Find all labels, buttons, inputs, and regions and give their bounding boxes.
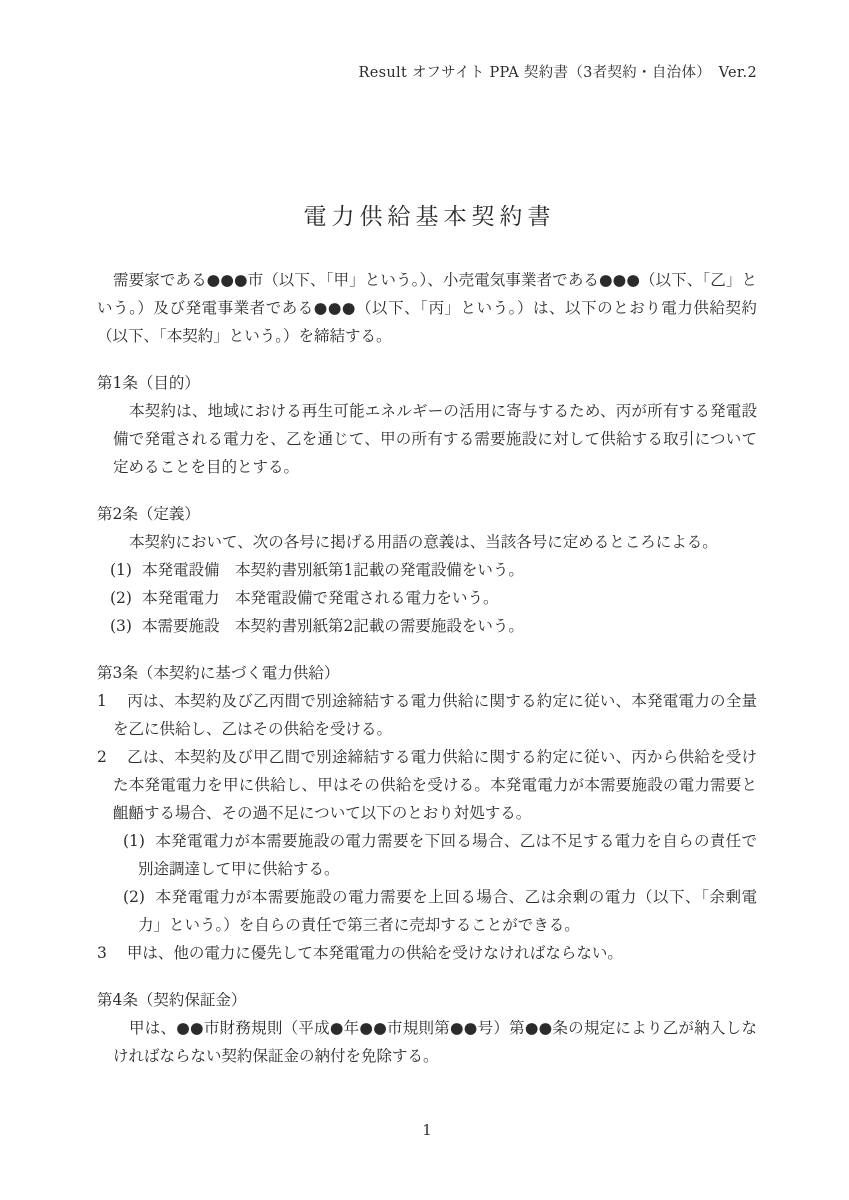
article-2: 第2条（定義） 本契約において、次の各号に掲げる用語の意義は、当該各号に定めると…	[97, 500, 757, 640]
document-title: 電力供給基本契約書	[97, 202, 757, 232]
contract-document-page: Result オフサイト PPA 契約書（3者契約・自治体） Ver.2 電力供…	[0, 0, 849, 1200]
item-text: 本発電電力が本需要施設の電力需要を上回る場合、乙は余剰の電力（以下、「余剰電力」…	[138, 888, 757, 934]
article-3-clause-1: 1丙は、本契約及び乙丙間で別途締結する電力供給に関する約定に従い、本発電電力の全…	[97, 687, 757, 743]
page-number: 1	[97, 1116, 757, 1144]
article-3-heading: 第3条（本契約に基づく電力供給）	[97, 659, 757, 687]
item-number: (2)	[110, 589, 142, 607]
article-2-item-1: (1)本発電設備 本契約書別紙第1記載の発電設備をいう。	[97, 556, 757, 584]
article-4-heading: 第4条（契約保証金）	[97, 986, 757, 1014]
article-3-clause-3: 3甲は、他の電力に優先して本発電電力の供給を受けなければならない。	[97, 939, 757, 967]
item-number: (1)	[110, 561, 142, 579]
article-4-body: 甲は、●●市財務規則（平成●年●●市規則第●●号）第●●条の規定により乙が納入し…	[97, 1014, 757, 1070]
article-3-clause-2: 2乙は、本契約及び甲乙間で別途締結する電力供給に関する約定に従い、丙から供給を受…	[97, 743, 757, 827]
clause-number: 3	[97, 944, 127, 962]
item-number: (3)	[110, 617, 142, 635]
article-2-body: 本契約において、次の各号に掲げる用語の意義は、当該各号に定めるところによる。	[97, 528, 757, 556]
document-header-note: Result オフサイト PPA 契約書（3者契約・自治体） Ver.2	[97, 64, 757, 82]
clause-text: 甲は、他の電力に優先して本発電電力の供給を受けなければならない。	[127, 944, 623, 962]
article-3-clause-2-item-2: (2)本発電電力が本需要施設の電力需要を上回る場合、乙は余剰の電力（以下、「余剰…	[97, 883, 757, 939]
article-3: 第3条（本契約に基づく電力供給） 1丙は、本契約及び乙丙間で別途締結する電力供給…	[97, 659, 757, 967]
item-number: (1)	[123, 832, 155, 850]
article-4: 第4条（契約保証金） 甲は、●●市財務規則（平成●年●●市規則第●●号）第●●条…	[97, 986, 757, 1070]
preamble-paragraph: 需要家である●●●市（以下、「甲」という。）、小売電気事業者である●●●（以下、…	[97, 266, 757, 350]
item-text: 本発電設備 本契約書別紙第1記載の発電設備をいう。	[142, 561, 524, 579]
clause-number: 2	[97, 748, 127, 766]
article-1-body: 本契約は、地域における再生可能エネルギーの活用に寄与するため、丙が所有する発電設…	[97, 397, 757, 481]
item-number: (2)	[123, 888, 155, 906]
clause-text: 丙は、本契約及び乙丙間で別途締結する電力供給に関する約定に従い、本発電電力の全量…	[113, 692, 757, 738]
article-2-heading: 第2条（定義）	[97, 500, 757, 528]
article-1-heading: 第1条（目的）	[97, 369, 757, 397]
article-1: 第1条（目的） 本契約は、地域における再生可能エネルギーの活用に寄与するため、丙…	[97, 369, 757, 481]
article-2-item-3: (3)本需要施設 本契約書別紙第2記載の需要施設をいう。	[97, 612, 757, 640]
article-2-item-2: (2)本発電電力 本発電設備で発電される電力をいう。	[97, 584, 757, 612]
clause-number: 1	[97, 692, 127, 710]
article-3-clause-2-item-1: (1)本発電電力が本需要施設の電力需要を下回る場合、乙は不足する電力を自らの責任…	[97, 827, 757, 883]
item-text: 本発電電力 本発電設備で発電される電力をいう。	[142, 589, 499, 607]
item-text: 本需要施設 本契約書別紙第2記載の需要施設をいう。	[142, 617, 524, 635]
item-text: 本発電電力が本需要施設の電力需要を下回る場合、乙は不足する電力を自らの責任で別途…	[138, 832, 757, 878]
clause-text: 乙は、本契約及び甲乙間で別途締結する電力供給に関する約定に従い、丙から供給を受け…	[113, 748, 757, 822]
